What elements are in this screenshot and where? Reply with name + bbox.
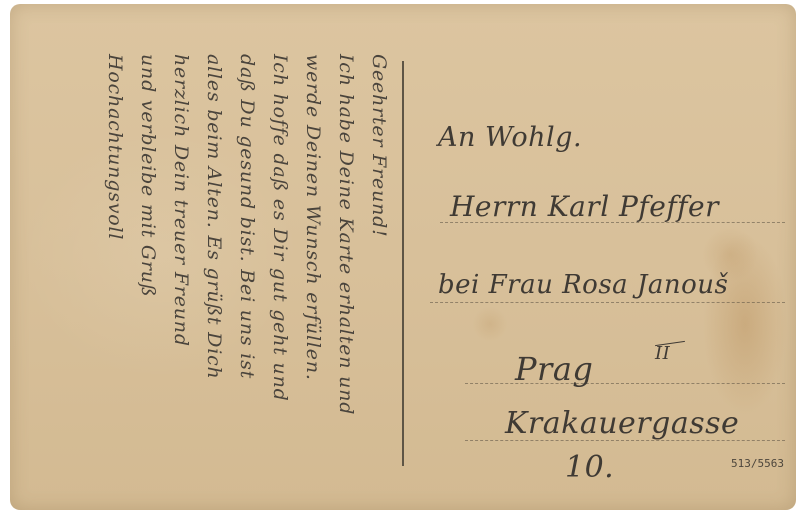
message-line: Hochachtungsvoll bbox=[98, 54, 131, 514]
handwritten-message: Geehrter Freund! Ich habe Deine Karte er… bbox=[25, 54, 395, 514]
serial-number: 513/5563 bbox=[731, 457, 784, 470]
address-street: Krakauergasse bbox=[505, 406, 739, 441]
message-line: werde Deinen Wunsch erfüllen. bbox=[296, 54, 329, 514]
postcard-back: Geehrter Freund! Ich habe Deine Karte er… bbox=[10, 4, 796, 510]
message-line: Ich hoffe daß es Dir gut geht und bbox=[263, 54, 296, 514]
address-line-rule bbox=[430, 302, 785, 303]
address-house-number: 10. bbox=[565, 450, 614, 485]
message-line: Ich habe Deine Karte erhalten und bbox=[329, 54, 362, 514]
address-recipient-name: Herrn Karl Pfeffer bbox=[450, 190, 719, 223]
message-line: daß Du gesund bist. Bei uns ist bbox=[230, 54, 263, 514]
address-salutation: An Wohlg. bbox=[438, 122, 582, 153]
message-line: und verbleibe mit Gruß bbox=[131, 54, 164, 514]
message-line: alles beim Alten. Es grüßt Dich bbox=[197, 54, 230, 514]
address-line-rule bbox=[465, 383, 785, 384]
center-divider-line bbox=[402, 61, 404, 466]
message-line: herzlich Dein treuer Freund bbox=[164, 54, 197, 514]
message-line: Geehrter Freund! bbox=[362, 54, 395, 514]
address-district: II bbox=[655, 343, 670, 364]
address-city: Prag bbox=[515, 350, 593, 388]
address-care-of: bei Frau Rosa Janouš bbox=[438, 270, 728, 300]
